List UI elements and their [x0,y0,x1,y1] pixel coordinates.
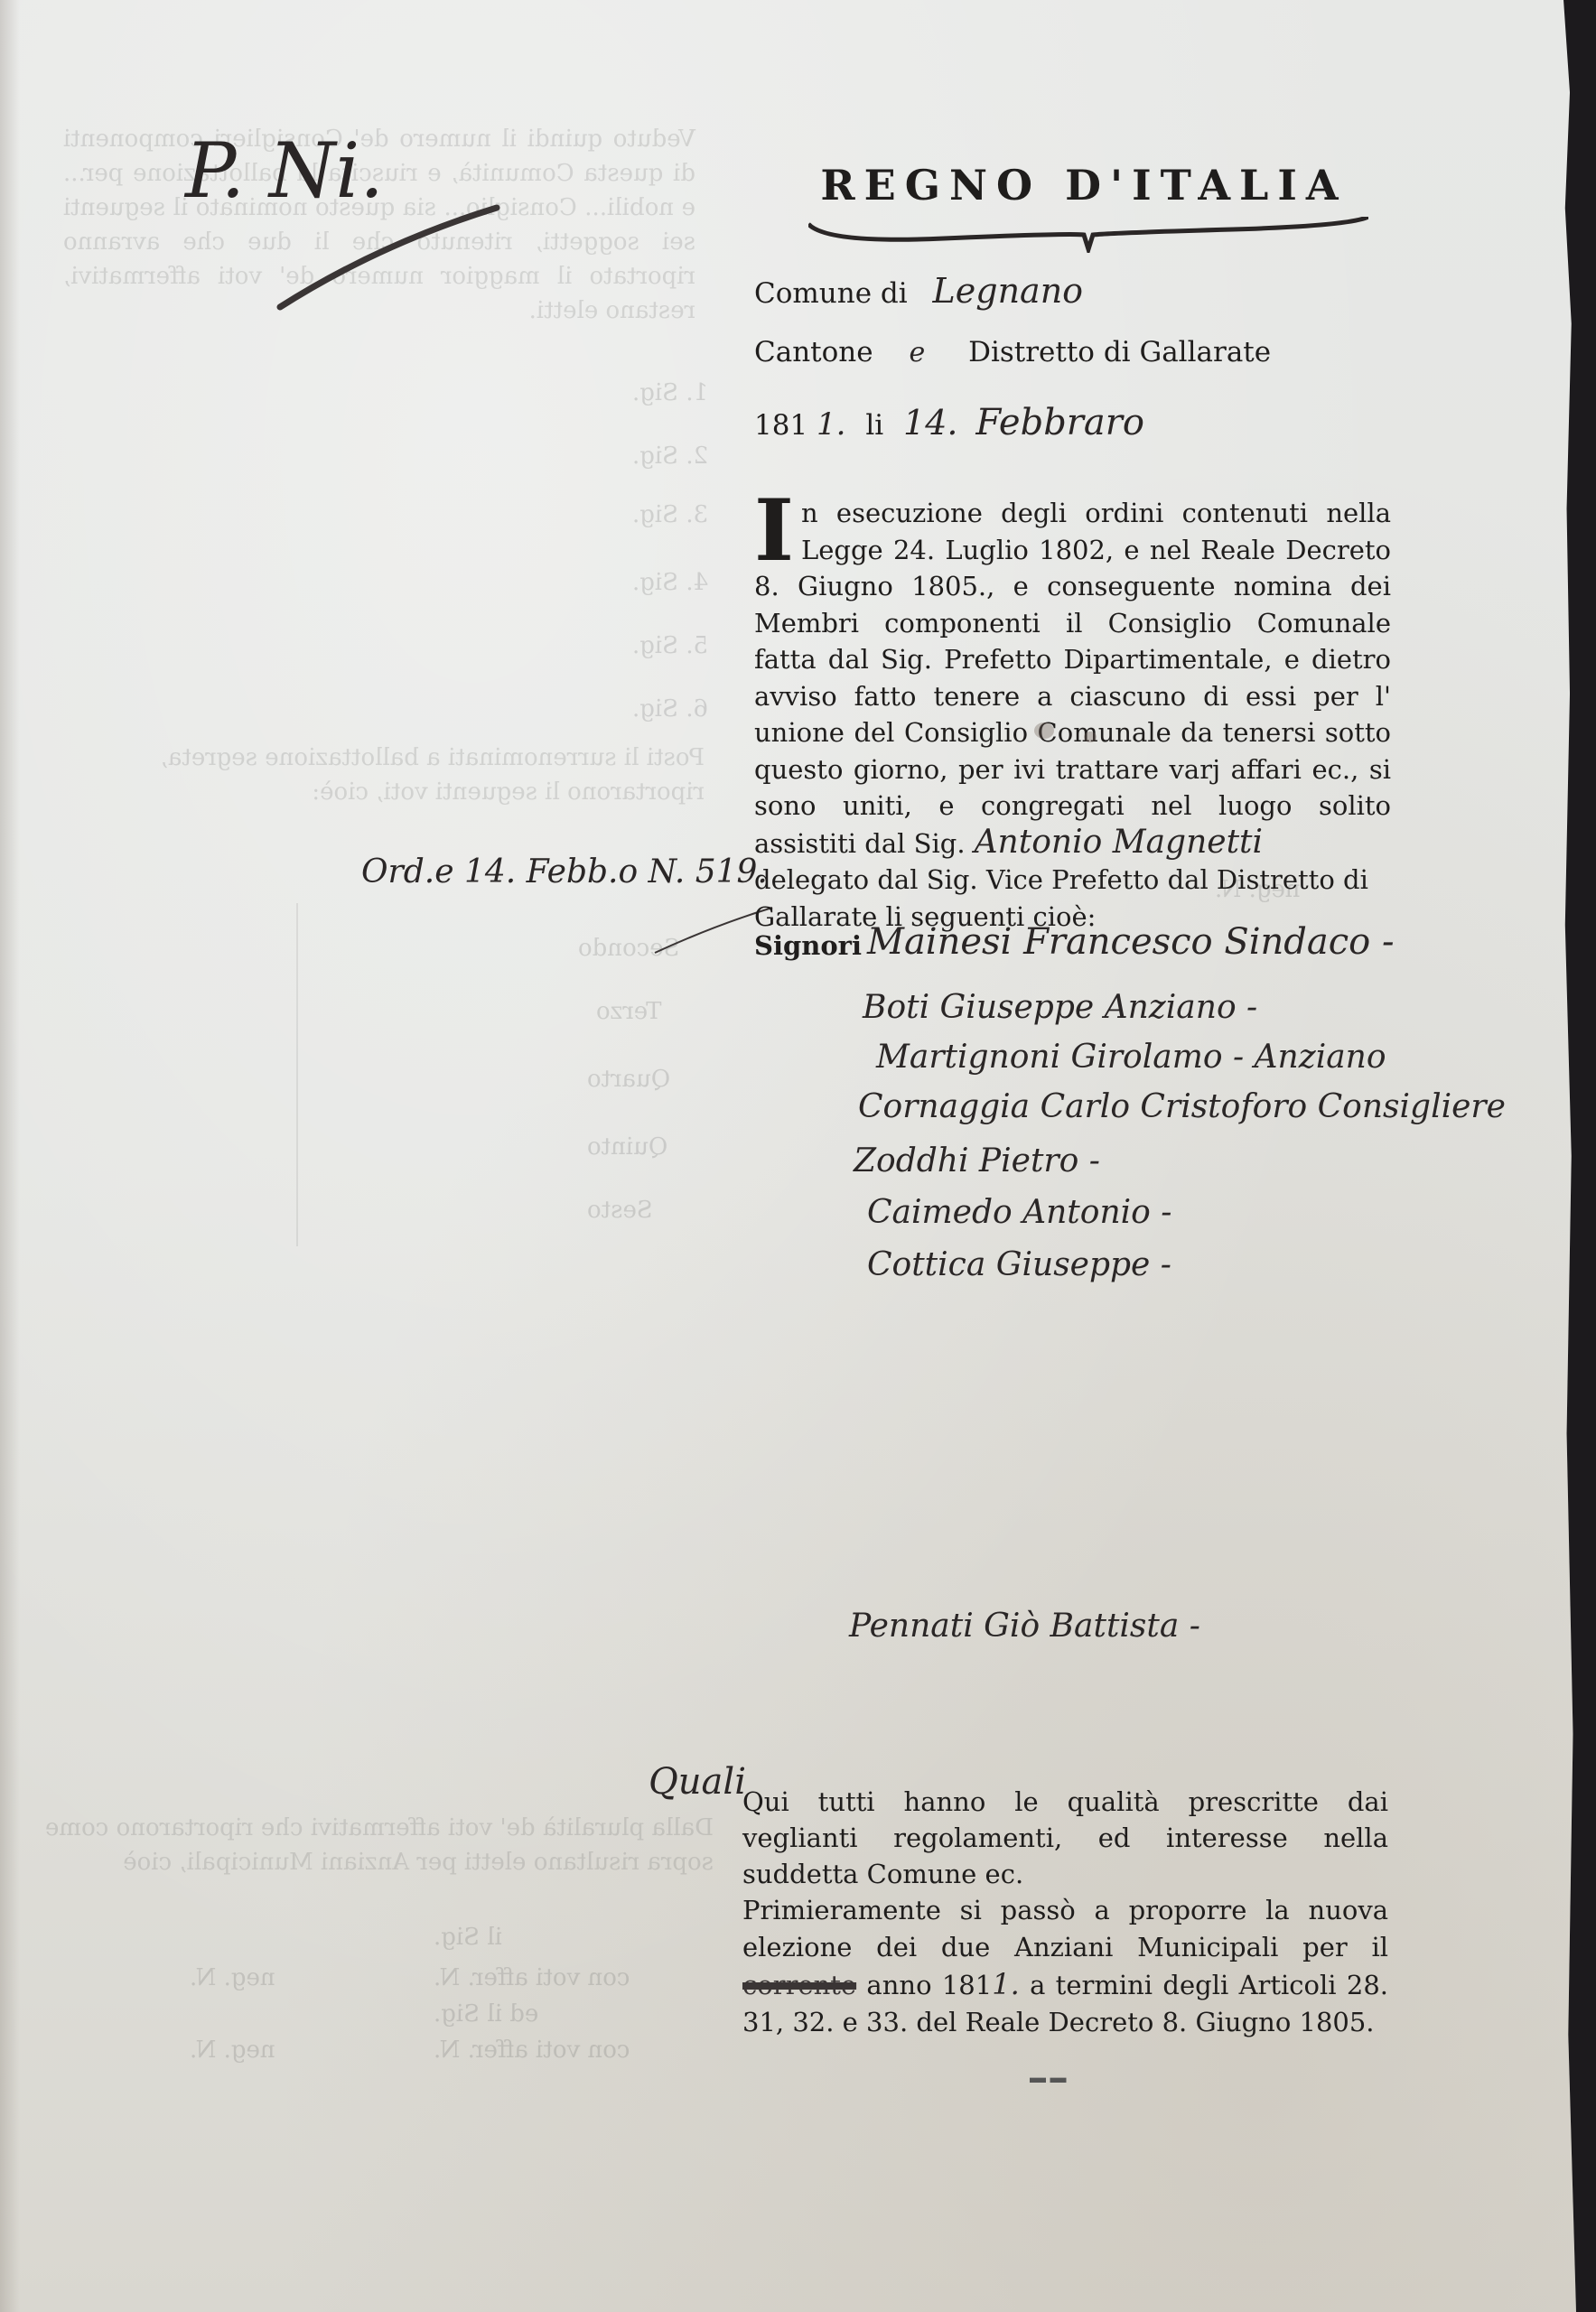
annotation-stroke [271,190,506,316]
bleed-sig-row: 2. Sig. [632,443,708,470]
cantone-label: Cantone [754,336,873,368]
title-brace-ornament [808,217,1368,253]
bleed-bottom-row: con voti affer. N. [434,2037,630,2064]
bleed-sig-row: 3. Sig. [632,501,708,528]
date-month: Febbraro [975,402,1144,443]
cantone-field: Cantone e Distretto di Gallarate [754,336,1271,368]
bleed-sig-row: 1. Sig. [632,379,708,406]
bleed-bottom-neg: neg. N. [190,2037,275,2064]
bleed-bottom-row: con voti affer. N. [434,1964,630,1991]
page-edge-shadow [0,0,20,2312]
ink-stain [1034,722,1054,739]
bleed-bottom-text: Dalla pluralità de' voti affermativi che… [45,1811,714,1879]
member-entry: Pennati Giò Battista - [849,1608,1200,1645]
registry-note: Ord.e 14. Febb.o N. 519. [361,853,768,890]
bleed-ballot-text: Posti li surrenominati a ballottazione s… [54,741,705,809]
signori-label: Signori [754,930,862,961]
date-prefix: 181 [754,409,807,442]
member-entry: Caimedo Antonio - [867,1194,1171,1231]
bleed-order-row: Quarto [587,1066,670,1093]
member-entry: Mainesi Francesco Sindaco - [867,921,1394,963]
end-ornament: ▬ ▬ [1030,2068,1067,2087]
document-page: Veduto quindi il numero de' Consiglieri … [0,0,1576,2312]
ink-stain [1084,732,1097,742]
date-year-suffix: 1. [817,406,845,443]
dropcap: I [754,499,794,564]
bleed-order-row: Terzo [596,998,662,1025]
bleed-sig-row: 4. Sig. [632,569,708,596]
bleed-column-line [296,903,298,1246]
election-year-hand: 1. [992,1967,1020,2001]
bleed-order-row: Quinto [587,1133,667,1161]
bleed-bottom-row: il Sig. [434,1924,502,1951]
bleed-order-row: Sesto [587,1197,653,1224]
bleed-sig-row: 5. Sig. [632,632,708,659]
date-day: 14. [903,403,957,443]
election-text-1: Primieramente si passò a proporre la nuo… [742,1895,1388,1962]
election-paragraph: Primieramente si passò a proporre la nuo… [742,1892,1388,2041]
intro-paragraph: In esecuzione degli ordini contenuti nel… [754,495,1391,935]
member-entry: Cornaggia Carlo Cristoforo Consigliere [858,1088,1506,1125]
election-text-2: anno 181 [866,1970,992,2000]
document-title: REGNO D'ITALIA [754,161,1414,210]
intro-text: n esecuzione degli ordini contenuti nell… [754,498,1391,859]
bleed-bottom-neg: neg. N. [190,1964,275,1991]
member-entry: Cottica Giuseppe - [867,1246,1171,1283]
member-entry: Boti Giuseppe Anziano - [863,989,1257,1026]
struck-word: corrente [742,1970,856,2000]
comune-label: Comune di [754,277,908,310]
member-entry: Zoddhi Pietro - [854,1142,1100,1179]
qualifications-paragraph: Qui tutti hanno le qualità prescritte da… [742,1784,1388,1892]
date-field: 181 1. li 14. Febbraro [754,402,1144,443]
comune-field: Comune di Legnano [754,271,1083,311]
bleed-sig-row: 6. Sig. [632,695,708,722]
bleed-bottom-row: ed il Sig. [434,2000,538,2028]
assistant-name: Antonio Magnetti [975,824,1263,861]
date-li: li [865,409,883,442]
cantone-value: e [909,337,925,368]
qualifications-margin-note: Quali [649,1761,746,1803]
comune-value: Legnano [933,271,1084,311]
distretto-label: Distretto di Gallarate [968,336,1271,368]
member-entry: Martignoni Girolamo - Anziano [876,1039,1386,1076]
